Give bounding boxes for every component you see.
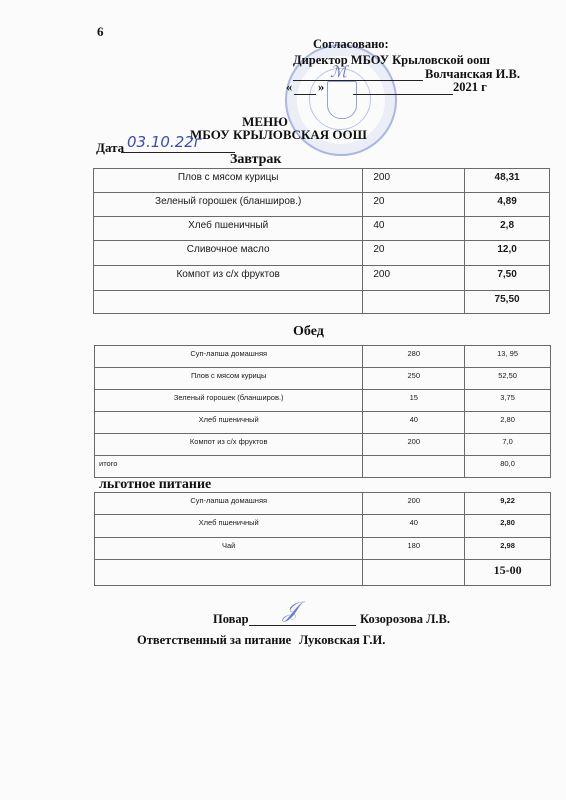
breakfast-table: Плов с мясом курицы 200 48,31 Зеленый го… — [93, 168, 550, 314]
dish-price: 4,89 — [465, 193, 550, 217]
dish-grams: 200 — [363, 493, 465, 515]
date-value: 03.10.22г — [121, 133, 235, 153]
dish-grams: 180 — [363, 538, 465, 560]
dish-name: Чай — [95, 538, 363, 560]
table-row: Компот из с/х фруктов 200 7,0 — [95, 434, 551, 456]
dish-price: 7,0 — [465, 434, 551, 456]
table-row: Хлеб пшеничный 40 2,80 — [95, 515, 551, 538]
dish-price: 52,50 — [465, 368, 551, 390]
total-grams — [363, 560, 465, 586]
dish-grams: 15 — [363, 390, 465, 412]
dish-grams: 200 — [363, 169, 465, 193]
cook-name: Козорозова Л.В. — [360, 612, 450, 627]
approval-year: 2021 г — [453, 80, 487, 95]
table-row: Чай 180 2,98 — [95, 538, 551, 560]
dish-price: 9,22 — [465, 493, 551, 515]
total-label — [94, 291, 363, 314]
table-row: Суп-лапша домашняя 200 9,22 — [95, 493, 551, 515]
dish-name: Компот из с/х фруктов — [94, 266, 363, 291]
total-row: итого 80,0 — [95, 456, 551, 478]
responsible-name: Луковская Г.И. — [299, 633, 385, 648]
approval-day-line — [294, 94, 316, 95]
total-row: 15-00 — [95, 560, 551, 586]
coat-of-arms-icon — [327, 81, 357, 119]
table-row: Зеленый горошек (бланширов.) 15 3,75 — [95, 390, 551, 412]
dish-price: 12,0 — [465, 241, 550, 266]
director-signature-icon: ℳ — [330, 62, 347, 81]
dish-grams: 200 — [363, 266, 465, 291]
table-row: Плов с мясом курицы 250 52,50 — [95, 368, 551, 390]
approval-open-quote: « — [286, 80, 292, 95]
approval-position: Директор МБОУ Крыловской оош — [293, 53, 490, 68]
dish-price: 2,80 — [465, 412, 551, 434]
dish-grams: 40 — [363, 515, 465, 538]
approval-close-quote: » — [318, 80, 324, 95]
table-row: Компот из с/х фруктов 200 7,50 — [94, 266, 550, 291]
dish-price: 13, 95 — [465, 346, 551, 368]
table-row: Хлеб пшеничный 40 2,8 — [94, 217, 550, 241]
dish-grams: 280 — [363, 346, 465, 368]
table-row: Зеленый горошек (бланширов.) 20 4,89 — [94, 193, 550, 217]
dish-grams: 40 — [363, 217, 465, 241]
dish-price: 2,98 — [465, 538, 551, 560]
dish-name: Хлеб пшеничный — [95, 515, 363, 538]
table-row: Хлеб пшеничный 40 2,80 — [95, 412, 551, 434]
total-price: 15-00 — [465, 560, 551, 586]
approval-month-line — [353, 94, 453, 95]
table-row: Суп-лапша домашняя 280 13, 95 — [95, 346, 551, 368]
total-row: 75,50 — [94, 291, 550, 314]
dish-price: 2,8 — [465, 217, 550, 241]
dish-grams: 200 — [363, 434, 465, 456]
page-number: 6 — [97, 24, 104, 40]
dish-name: Суп-лапша домашняя — [95, 493, 363, 515]
responsible-label: Ответственный за питание — [137, 633, 291, 648]
dish-name: Хлеб пшеничный — [95, 412, 363, 434]
lunch-table: Суп-лапша домашняя 280 13, 95 Плов с мяс… — [94, 345, 551, 478]
dish-name: Компот из с/х фруктов — [95, 434, 363, 456]
dish-name: Хлеб пшеничный — [94, 217, 363, 241]
dish-price: 3,75 — [465, 390, 551, 412]
cook-signature-line — [249, 625, 356, 626]
table-row: Плов с мясом курицы 200 48,31 — [94, 169, 550, 193]
cook-signature-icon: 𝒥 — [283, 598, 298, 623]
dish-price: 7,50 — [465, 266, 550, 291]
dish-name: Сливочное масло — [94, 241, 363, 266]
total-grams — [363, 456, 465, 478]
dish-name: Суп-лапша домашняя — [95, 346, 363, 368]
total-price: 75,50 — [465, 291, 550, 314]
dish-grams: 20 — [363, 193, 465, 217]
approval-heading: Согласовано: — [313, 37, 389, 52]
table-row: Сливочное масло 20 12,0 — [94, 241, 550, 266]
subsidized-title: льготное питание — [99, 477, 211, 493]
total-price: 80,0 — [465, 456, 551, 478]
dish-price: 2,80 — [465, 515, 551, 538]
dish-name: Плов с мясом курицы — [94, 169, 363, 193]
lunch-title: Обед — [293, 324, 324, 340]
date-label: Дата — [96, 140, 124, 156]
dish-grams: 250 — [363, 368, 465, 390]
dish-name: Плов с мясом курицы — [95, 368, 363, 390]
total-grams — [363, 291, 465, 314]
total-label: итого — [95, 456, 363, 478]
cook-label: Повар — [213, 612, 249, 627]
subsidized-table: Суп-лапша домашняя 200 9,22 Хлеб пшеничн… — [94, 492, 551, 586]
dish-grams: 20 — [363, 241, 465, 266]
dish-grams: 40 — [363, 412, 465, 434]
approval-signature-line — [293, 80, 423, 81]
dish-price: 48,31 — [465, 169, 550, 193]
dish-name: Зеленый горошек (бланширов.) — [95, 390, 363, 412]
total-label — [95, 560, 363, 586]
dish-name: Зеленый горошек (бланширов.) — [94, 193, 363, 217]
breakfast-title: Завтрак — [230, 152, 282, 168]
